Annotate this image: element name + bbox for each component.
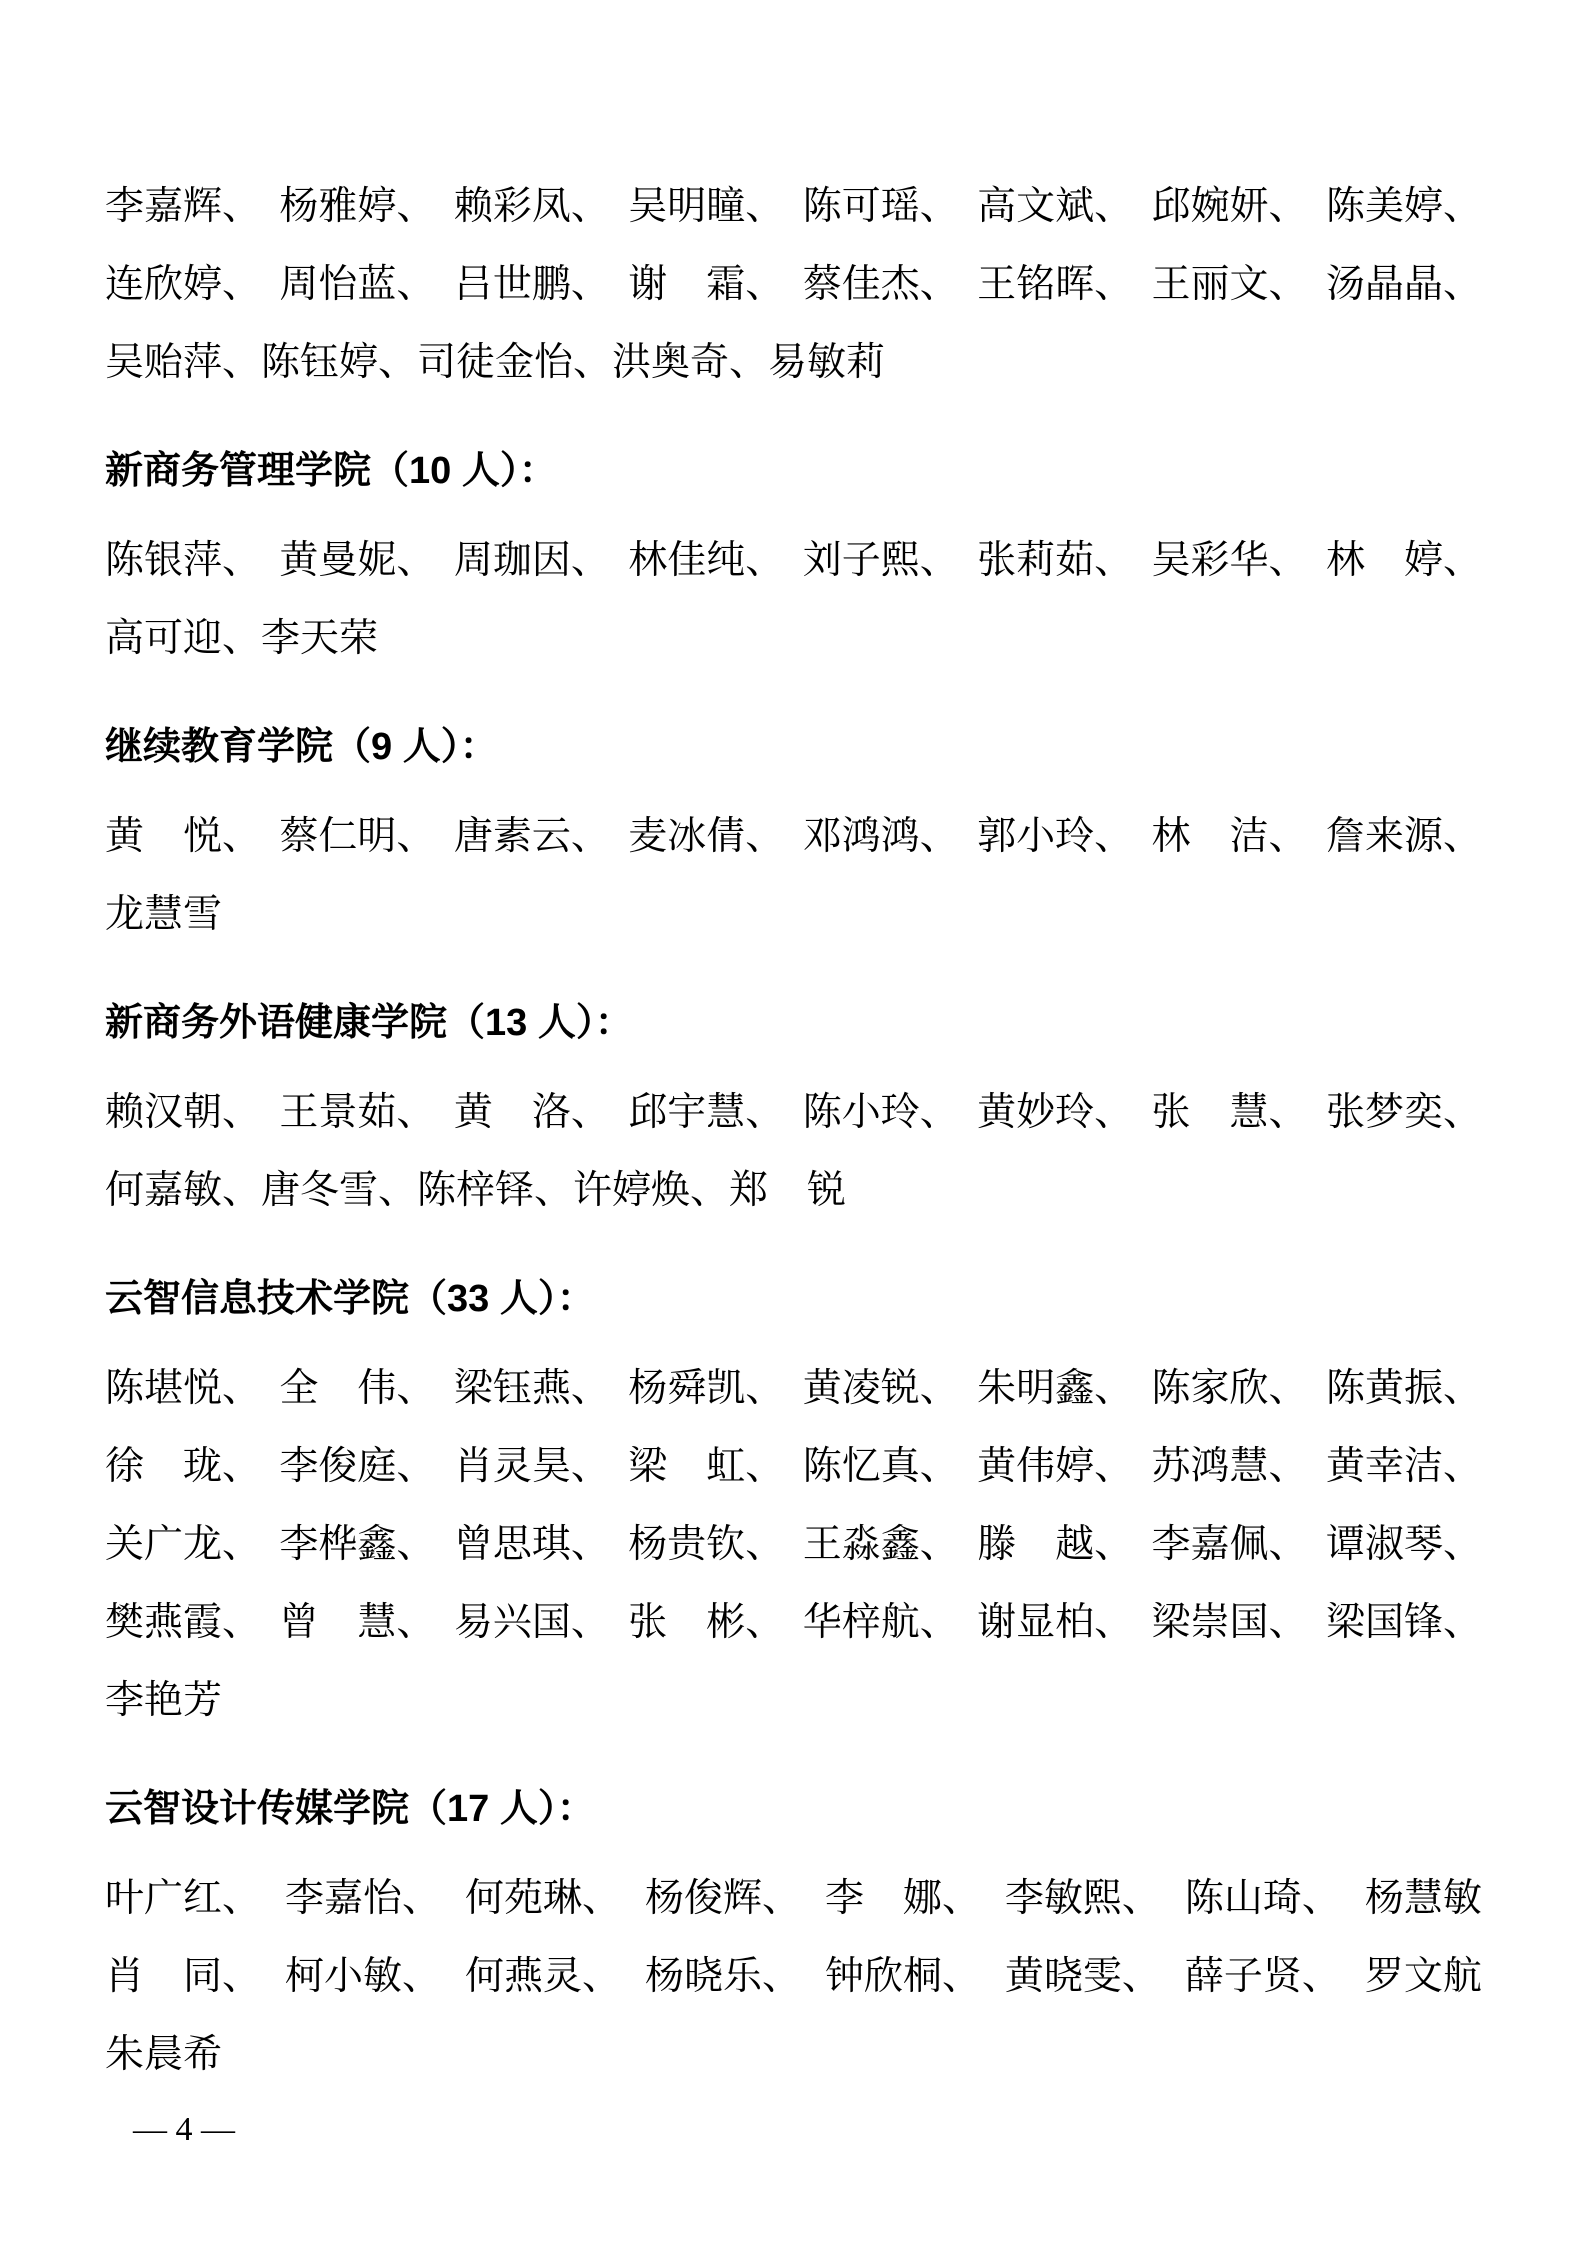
name-line: 叶广红、李嘉怡、何苑琳、杨俊辉、李 娜、李敏熙、陈山琦、杨慧敏: [105, 1860, 1482, 1938]
name-chunk: 张莉茹、: [977, 522, 1133, 600]
name-chunk: 邱婉妍、: [1152, 168, 1308, 246]
name-chunk: 陈忆真、: [803, 1428, 959, 1506]
name-chunk: 李 娜、: [825, 1860, 981, 1938]
name-chunk: 杨雅婷、: [279, 168, 435, 246]
name-chunk: 谭淑琴、: [1326, 1506, 1482, 1584]
name-chunk: 杨贵钦、: [628, 1506, 784, 1584]
name-chunk: 王淼鑫、: [803, 1506, 959, 1584]
name-chunk: 华梓航、: [803, 1584, 959, 1662]
name-line: 赖汉朝、王景茹、黄 洛、邱宇慧、陈小玲、黄妙玲、张 慧、张梦奕、: [105, 1074, 1482, 1152]
name-line: 肖 同、柯小敏、何燕灵、杨晓乐、钟欣桐、黄晓雯、薛子贤、罗文航: [105, 1938, 1482, 2016]
name-chunk: 陈银萍、: [105, 522, 261, 600]
section-heading-3: 新商务外语健康学院（13 人）：: [105, 984, 1482, 1062]
name-chunk: 曾 慧、: [279, 1584, 435, 1662]
name-line: 朱晨希: [105, 2016, 1482, 2094]
name-chunk: 李嘉辉、: [105, 168, 261, 246]
name-chunk: 樊燕霞、: [105, 1584, 261, 1662]
name-line: 吴贻萍、陈钰婷、司徒金怡、洪奥奇、易敏莉: [105, 324, 1482, 402]
name-chunk: 黄晓雯、: [1005, 1938, 1161, 2016]
name-chunk: 罗文航: [1365, 1938, 1482, 2016]
name-chunk: 苏鸿慧、: [1152, 1428, 1308, 1506]
name-line: 何嘉敏、唐冬雪、陈梓铎、许婷焕、郑 锐: [105, 1152, 1482, 1230]
name-chunk: 赖彩凤、: [454, 168, 610, 246]
name-chunk: 梁国锋、: [1326, 1584, 1482, 1662]
name-chunk: 钟欣桐、: [825, 1938, 981, 2016]
name-chunk: 郭小玲、: [977, 798, 1133, 876]
name-chunk: 李敏熙、: [1005, 1860, 1161, 1938]
page-footer: — 4 —: [105, 2100, 1482, 2160]
name-chunk: 陈堪悦、: [105, 1350, 261, 1428]
name-chunk: 肖 同、: [105, 1938, 261, 2016]
name-chunk: 陈可瑶、: [803, 168, 959, 246]
name-line: 陈银萍、黄曼妮、周珈因、林佳纯、刘子熙、张莉茹、吴彩华、林 婷、: [105, 522, 1482, 600]
name-line: 黄 悦、蔡仁明、唐素云、麦冰倩、邓鸿鸿、郭小玲、林 洁、詹来源、: [105, 798, 1482, 876]
name-chunk: 谢 霜、: [628, 246, 784, 324]
name-chunk: 李嘉佩、: [1152, 1506, 1308, 1584]
name-chunk: 黄 悦、: [105, 798, 261, 876]
name-line: 龙慧雪: [105, 876, 1482, 954]
name-chunk: 何苑琳、: [465, 1860, 621, 1938]
name-line: 李嘉辉、杨雅婷、赖彩凤、吴明瞳、陈可瑶、高文斌、邱婉妍、陈美婷、: [105, 168, 1482, 246]
name-chunk: 关广龙、: [105, 1506, 261, 1584]
name-chunk: 黄凌锐、: [803, 1350, 959, 1428]
name-chunk: 陈小玲、: [803, 1074, 959, 1152]
name-chunk: 麦冰倩、: [628, 798, 784, 876]
name-line: 连欣婷、周怡蓝、吕世鹏、谢 霜、蔡佳杰、王铭晖、王丽文、汤晶晶、: [105, 246, 1482, 324]
name-chunk: 杨舜凯、: [628, 1350, 784, 1428]
name-chunk: 邱宇慧、: [628, 1074, 784, 1152]
name-chunk: 唐素云、: [454, 798, 610, 876]
name-chunk: 梁崇国、: [1152, 1584, 1308, 1662]
name-chunk: 周珈因、: [454, 522, 610, 600]
name-chunk: 吴彩华、: [1152, 522, 1308, 600]
name-chunk: 林 婷、: [1326, 522, 1482, 600]
name-chunk: 邓鸿鸿、: [803, 798, 959, 876]
name-chunk: 黄 洛、: [454, 1074, 610, 1152]
name-line: 陈堪悦、全 伟、梁钰燕、杨舜凯、黄凌锐、朱明鑫、陈家欣、陈黄振、: [105, 1350, 1482, 1428]
name-chunk: 梁钰燕、: [454, 1350, 610, 1428]
name-chunk: 黄伟婷、: [977, 1428, 1133, 1506]
name-chunk: 杨俊辉、: [645, 1860, 801, 1938]
section-heading-2: 继续教育学院（9 人）：: [105, 708, 1482, 786]
name-chunk: 何燕灵、: [465, 1938, 621, 2016]
name-chunk: 曾思琪、: [454, 1506, 610, 1584]
name-chunk: 李嘉怡、: [285, 1860, 441, 1938]
name-chunk: 张 慧、: [1152, 1074, 1308, 1152]
name-chunk: 汤晶晶、: [1326, 246, 1482, 324]
name-chunk: 徐 珑、: [105, 1428, 261, 1506]
name-chunk: 吴明瞳、: [628, 168, 784, 246]
name-chunk: 黄幸洁、: [1326, 1428, 1482, 1506]
name-chunk: 王铭晖、: [977, 246, 1133, 324]
section-heading-1: 新商务管理学院（10 人）：: [105, 432, 1482, 510]
section-heading-5: 云智设计传媒学院（17 人）：: [105, 1770, 1482, 1848]
name-chunk: 陈美婷、: [1326, 168, 1482, 246]
name-line: 樊燕霞、曾 慧、易兴国、张 彬、华梓航、谢显柏、梁崇国、梁国锋、: [105, 1584, 1482, 1662]
name-chunk: 詹来源、: [1326, 798, 1482, 876]
name-chunk: 林 洁、: [1152, 798, 1308, 876]
name-chunk: 蔡仁明、: [279, 798, 435, 876]
name-chunk: 蔡佳杰、: [803, 246, 959, 324]
name-chunk: 柯小敏、: [285, 1938, 441, 2016]
name-chunk: 黄妙玲、: [977, 1074, 1133, 1152]
name-chunk: 黄曼妮、: [279, 522, 435, 600]
name-chunk: 王丽文、: [1152, 246, 1308, 324]
name-chunk: 连欣婷、: [105, 246, 261, 324]
name-chunk: 陈家欣、: [1152, 1350, 1308, 1428]
name-chunk: 高文斌、: [977, 168, 1133, 246]
name-line: 关广龙、李桦鑫、曾思琪、杨贵钦、王淼鑫、滕 越、李嘉佩、谭淑琴、: [105, 1506, 1482, 1584]
name-chunk: 吕世鹏、: [454, 246, 610, 324]
name-chunk: 陈黄振、: [1326, 1350, 1482, 1428]
document-body: 李嘉辉、杨雅婷、赖彩凤、吴明瞳、陈可瑶、高文斌、邱婉妍、陈美婷、连欣婷、周怡蓝、…: [105, 168, 1482, 2094]
name-chunk: 张梦奕、: [1326, 1074, 1482, 1152]
name-chunk: 肖灵昊、: [454, 1428, 610, 1506]
name-chunk: 李俊庭、: [279, 1428, 435, 1506]
name-chunk: 梁 虹、: [628, 1428, 784, 1506]
name-chunk: 薛子贤、: [1185, 1938, 1341, 2016]
name-chunk: 谢显柏、: [977, 1584, 1133, 1662]
name-chunk: 全 伟、: [279, 1350, 435, 1428]
name-chunk: 易兴国、: [454, 1584, 610, 1662]
name-chunk: 陈山琦、: [1185, 1860, 1341, 1938]
name-chunk: 杨慧敏: [1365, 1860, 1482, 1938]
name-line: 高可迎、李天荣: [105, 600, 1482, 678]
name-chunk: 周怡蓝、: [279, 246, 435, 324]
name-chunk: 朱明鑫、: [977, 1350, 1133, 1428]
name-line: 李艳芳: [105, 1662, 1482, 1740]
name-chunk: 张 彬、: [628, 1584, 784, 1662]
name-chunk: 林佳纯、: [628, 522, 784, 600]
name-chunk: 王景茹、: [279, 1074, 435, 1152]
name-chunk: 赖汉朝、: [105, 1074, 261, 1152]
name-chunk: 刘子熙、: [803, 522, 959, 600]
name-chunk: 叶广红、: [105, 1860, 261, 1938]
name-chunk: 滕 越、: [977, 1506, 1133, 1584]
page-number: — 4 —: [133, 2111, 235, 2148]
name-chunk: 杨晓乐、: [645, 1938, 801, 2016]
name-line: 徐 珑、李俊庭、肖灵昊、梁 虹、陈忆真、黄伟婷、苏鸿慧、黄幸洁、: [105, 1428, 1482, 1506]
section-heading-4: 云智信息技术学院（33 人）：: [105, 1260, 1482, 1338]
document-page: 李嘉辉、杨雅婷、赖彩凤、吴明瞳、陈可瑶、高文斌、邱婉妍、陈美婷、连欣婷、周怡蓝、…: [0, 0, 1587, 2245]
name-chunk: 李桦鑫、: [279, 1506, 435, 1584]
